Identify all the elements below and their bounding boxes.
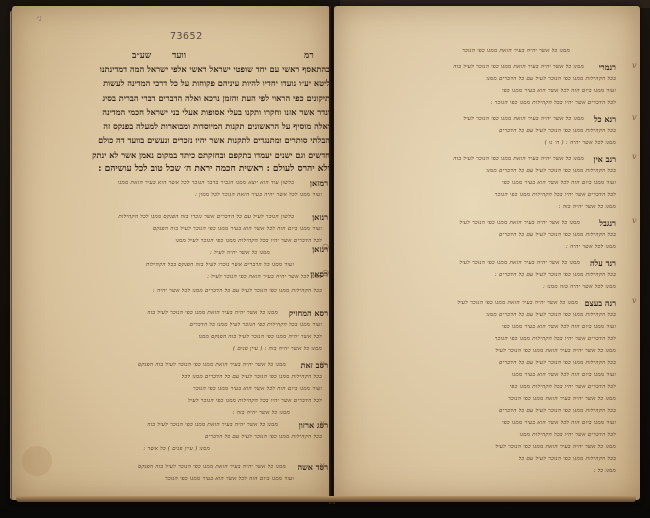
handwritten-line: ועוד ממנו ביום הזה לכל אשר הוא בעיר ממנו… (36, 226, 322, 232)
handwritten-line: לכל אשר יהיה ממנו כפי הנזכר לעיל בזה הפנ… (36, 334, 322, 340)
handwritten-line: לכל הדברים אשר יהיו בכל הקהילות ממנו (354, 432, 616, 438)
marginal-mark: v (320, 461, 325, 470)
header-center: וועד (172, 50, 186, 61)
handwritten-line: לכל הדברים אשר יהיו בכל הקהילות ממנו כפי… (354, 336, 616, 342)
handwritten-line: ממנו כל : (526, 468, 616, 474)
handwritten-line: בכל הקהילות ממנו כפי הנזכר לעיל עם כל הד… (354, 360, 616, 366)
handwritten-line: ממנו כל אשר יהיה בעיר הזאת ממנו כפי הנזכ… (354, 220, 580, 226)
book-bottom-edge (16, 496, 636, 502)
entry-heading: רנד עלה (590, 258, 616, 268)
handwritten-line: בכל הקהילות ממנו כפי הנזכר לעיל עם כל הד… (36, 374, 322, 380)
handwritten-line: בכל הקהילות ממנו כפי הנזכר לעיל עם כל (354, 456, 616, 462)
handwritten-line: ממנו כל אשר יהיה בעיר הזאת ממנו כפי הנזכ… (38, 464, 286, 470)
handwritten-line: בכל הקהילות ממנו כפי הנזכר לעיל עם כל הד… (354, 312, 616, 318)
handwritten-line: ממנו כל אשר יהיה בזה : ( עיין פנים ) (36, 346, 322, 352)
handwritten-line: בלשון הנזכר לעיל עם כל הדברים אשר נזכרו … (34, 214, 294, 220)
marginal-mark: v (632, 152, 637, 161)
handwritten-line: ועוד ממנו ביום הזה לכל אשר הוא בעיר ממנו… (354, 88, 616, 94)
handwritten-line: ועוד ממנו ביום הזה לכל אשר הוא בעיר ממנו… (354, 324, 616, 330)
marginal-mark: v (632, 61, 637, 70)
entry-heading: רסא המחזיק (289, 308, 328, 318)
handwritten-line: בכל הקהילות ממנו כפי הנזכר לעיל עם כל הד… (354, 128, 616, 134)
handwritten-line: ממנו כל אשר יהיה בזה : (50, 410, 290, 416)
handwritten-line: ממנו כל אשר יהיה בזה : (354, 204, 616, 210)
handwritten-line: ועוד ממנו ביום הזה לכל אשר הוא בעיר ממנו… (38, 476, 294, 482)
handwritten-line: ממנו כל אשר יהיה בעיר הזאת ממנו כפי הנזכ… (380, 48, 570, 54)
handwritten-line: ועוד ממנו לכל אשר יהיה בעיר הזאת הנזכר ל… (72, 192, 322, 198)
entry-heading: רמזאן (310, 178, 328, 188)
handwritten-line: בלשון עוד הוא יוצא ממנו הגביר בדבר הנזכר… (44, 180, 294, 186)
printed-line: ולא יהרס לעולם : ראשית חכמה יראת ה׳ שכל … (52, 162, 330, 176)
handwritten-line: לכל הדברים אשר יהיו בכל הקהילות ממנו כפי… (36, 238, 322, 244)
open-manuscript-book: נ״ 73652 רמ וועד שע״ב בהתאסף ראשי עם יחד… (10, 6, 642, 504)
handwritten-line: לכל הדברים אשר יהיו בכל הקהילות ממנו כפי… (354, 192, 616, 198)
handwritten-line: ועוד ממנו כל הדברים אשר נזכרו לעיל בזה ה… (44, 262, 294, 268)
entry-heading: רנה בעצם (585, 298, 616, 308)
folio-mark: נ״ (36, 14, 42, 23)
catalog-number: 73652 (170, 31, 203, 42)
handwritten-line: ממנו כל אשר יהיה בעיר הזאת ממנו כפי הנזכ… (354, 396, 616, 402)
printed-line: בהתאסף ראשי עם יחד שופטי ישראל ראשי אלפי… (52, 62, 330, 76)
handwritten-line: ממנו כל אשר יהיה בעיר הזאת ממנו כפי הנזכ… (38, 422, 278, 428)
handwritten-line: בכל הקהילות ממנו כפי הנזכר לעיל עם כל הד… (354, 76, 616, 82)
printed-line: ליטא יע״ו נועדו יחדיו להיות עיניהם פקוחו… (52, 76, 330, 90)
handwritten-line: בכל הקהילות ממנו כפי הנזכר לעיל עם כל הד… (354, 408, 616, 414)
handwritten-line: ממנו כל אשר יהיה בעיר הזאת ממנו כפי הנזכ… (354, 156, 584, 162)
handwritten-line: ממנו לכל אשר יהיה בזה ממנו : (354, 284, 616, 290)
header-left: שע״ב (132, 50, 151, 61)
handwritten-line: ממנו כל אשר יהיה בעיר הזאת ממנו כפי הנזכ… (354, 300, 578, 306)
handwritten-line: ועוד ממנו בכל הקהילות כפי הנזכר לעיל ממנ… (36, 322, 322, 328)
handwritten-line: ועוד ממנו ביום הזה לכל אשר הוא בעיר ממנו… (36, 386, 322, 392)
entry-heading: רנב אין (594, 154, 616, 164)
handwritten-line: ועוד ממנו ביום הזה לכל אשר הוא בעיר ממנו (354, 372, 616, 378)
handwritten-line: ממנו לכל אשר יהיה : ( ה׳ גו ) (354, 140, 616, 146)
printed-preamble: בהתאסף ראשי עם יחד שופטי ישראל ראשי אלפי… (52, 62, 330, 176)
handwritten-line: ממנו כל אשר יהיה לעיל : (40, 250, 270, 256)
handwritten-line: ממנו כל אשר יהיה בעיר הזאת ממנו כפי הנזכ… (354, 64, 584, 70)
paper-stain (22, 446, 52, 476)
handwritten-line: ממנו לכל אשר יהיה : (354, 244, 616, 250)
inline-note: ( עיין פנים ) (233, 346, 263, 352)
printed-line: ונדר אשר אזנו וחקרו ותקנו בעלי אסופות אע… (52, 105, 330, 119)
printed-line: ואלה מוסיף על הראשונים תקנות המיוסדות ומ… (52, 119, 330, 133)
handwritten-line: ממנו כל אשר יהיה בעיר הזאת ממנו כפי הנזכ… (354, 260, 580, 266)
handwritten-line: לכל הדברים אשר יהיו בכל הקהילות ממנו כפי (354, 384, 616, 390)
handwritten-line: בכל הקהילות ממנו כפי הנזכר לעיל עם כל הד… (354, 168, 616, 174)
marginal-mark: ○ (322, 268, 329, 277)
handwritten-line: בכל הקהילות ממנו כפי הנזכר לעיל עם כל הד… (36, 434, 322, 440)
handwritten-line: ועוד ממנו ביום הזה לכל אשר הוא בעיר ממנו… (354, 420, 616, 426)
header-right: רמ (304, 50, 314, 61)
handwritten-line: לכל הדברים אשר יהיו בכל הקהילות ממנו כפי… (36, 398, 322, 404)
marginal-mark: v (632, 113, 637, 122)
handwritten-line: לכל הדברים אשר יהיו בכל הקהילות ממנו כפי… (354, 100, 616, 106)
marginal-mark: v (632, 296, 637, 305)
printed-line: תיקונים כפי הראוי לפי העת והזמן נרכא ואל… (52, 91, 330, 105)
handwritten-line: ועוד ממנו ביום הזה לכל אשר הוא בעיר ממנו… (354, 180, 616, 186)
marginal-mark: v (632, 216, 637, 225)
handwritten-line: בכל הקהילות ממנו כפי הנזכר לעיל עם כל הד… (354, 232, 616, 238)
handwritten-line: ממנו כל אשר יהיה בעיר הזאת ממנו כפי הנזכ… (354, 348, 616, 354)
entry-heading: רנא כל (594, 114, 616, 124)
printed-line: חדשים וגם ישנים יעמדו בתקפם ובחזקתם כיתד… (52, 148, 330, 162)
handwritten-line: ממנו כל אשר יהיה בעיר הזאת ממנו כפי הנזכ… (354, 444, 616, 450)
handwritten-line: בכל הקהילות ממנו כפי הנזכר לעיל עם כל הד… (36, 288, 322, 294)
handwritten-line: בכל הקהילות ממנו כפי הנזכר לעיל עם כל הד… (354, 272, 616, 278)
entry-heading: רנזאן (312, 212, 328, 222)
handwritten-line: ממנו ( עיין פנים ) כל אשר : (40, 446, 210, 452)
right-page: ממנו כל אשר יהיה בעיר הזאת ממנו כפי הנזכ… (334, 6, 640, 500)
entry-heading: רנמרי (599, 62, 616, 72)
handwritten-line: ממנו כל אשר יהיה בעיר הזאת ממנו כפי הנזכ… (38, 362, 286, 368)
inline-note: ( ה׳ גו ) (544, 140, 563, 146)
marginal-mark: v (320, 359, 325, 368)
handwritten-line: ממנו לכל אשר יהיה בעיר הזאת כפי הנזכר לע… (36, 274, 322, 280)
marginal-mark: v (320, 419, 325, 428)
marginal-mark: ○ (322, 242, 329, 251)
entry-heading: רנגבל (599, 218, 616, 228)
printed-line: הבלתי סותרים ומתנגדים לתקנות אשר יהיו נז… (52, 133, 330, 147)
handwritten-line: ממנו כל אשר יהיה בעיר הזאת ממנו כפי הנזכ… (354, 116, 584, 122)
handwritten-line: ממנו כל אשר יהיה בעיר הזאת ממנו כפי הנזכ… (38, 310, 278, 316)
left-page: נ״ 73652 רמ וועד שע״ב בהתאסף ראשי עם יחד… (12, 6, 330, 500)
